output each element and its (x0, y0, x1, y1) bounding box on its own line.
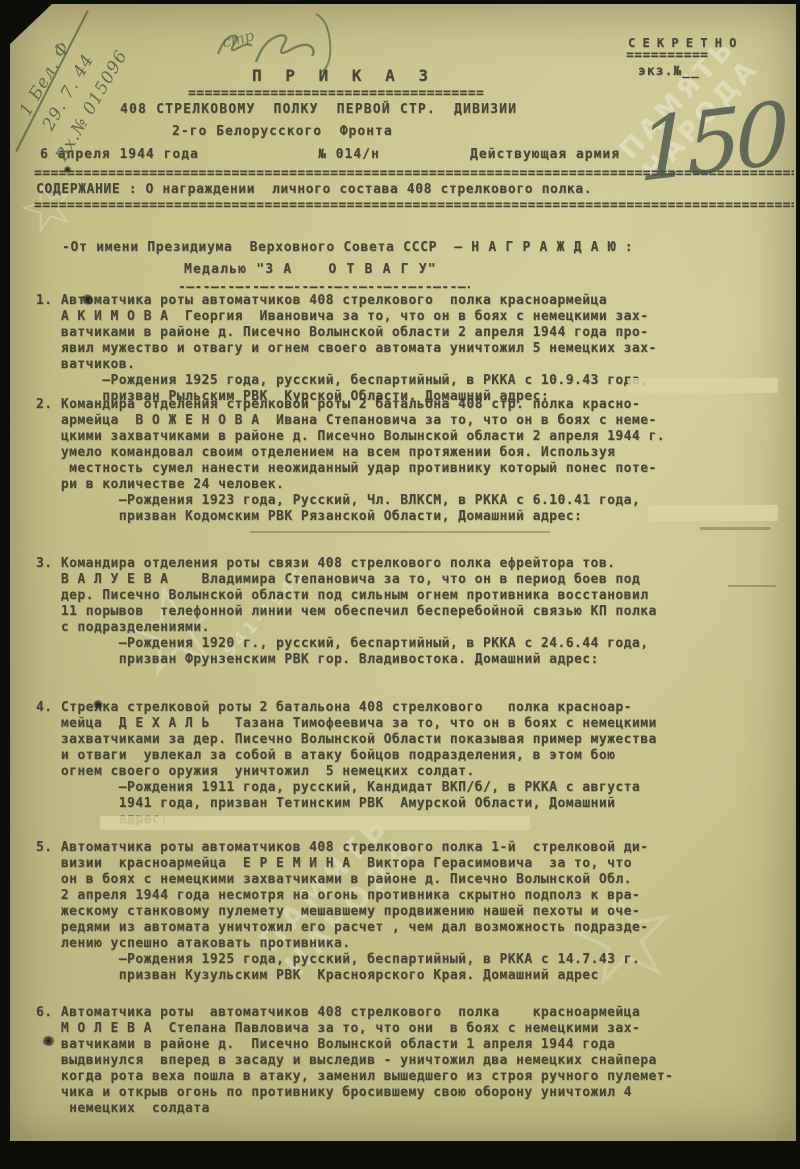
handwritten-page-number: 150 (638, 91, 785, 195)
order-title-underline: ==================================== (188, 86, 484, 101)
torn-corner (10, 4, 52, 44)
scan-smudge (250, 531, 550, 533)
ink-blot (42, 1036, 55, 1046)
medal-line: Медалью "З А О Т В А Г У" (184, 262, 437, 277)
redacted-address (100, 816, 530, 830)
scan-smudge (728, 585, 776, 587)
order-number: № 014/н (318, 147, 380, 162)
awarding-line: -От имени Президиума Верховного Совета С… (62, 240, 633, 255)
scanned-order-page: ☆ ПАМЯТЬ НАРОДА ☆ 1941-1945 ПАМЯТЬ НАРОД… (0, 0, 800, 1169)
secrecy-underline: ========== (626, 48, 738, 63)
redacted-address (628, 378, 778, 393)
ink-blot (93, 700, 103, 709)
scan-smudge (700, 527, 770, 530)
divider-rule: ========================================… (34, 198, 794, 213)
subject-line: СОДЕРЖАНИЕ : О награждении личного соста… (36, 182, 592, 197)
ink-blot (64, 166, 71, 173)
copy-number-label: экз.№__ (638, 64, 700, 79)
award-paragraph-4: 4. Стрелка стрелковой роты 2 батальона 4… (36, 700, 798, 828)
redacted-address (648, 505, 778, 521)
order-front-line: 2-го Белорусского Фронта (172, 124, 393, 139)
award-paragraph-6: 6. Автоматчика роты автоматчиков 408 стр… (36, 1005, 798, 1117)
order-addressee: 408 СТРЕЛКОВОМУ ПОЛКУ ПЕРВОЙ СТР. ДИВИЗИ… (120, 102, 517, 117)
award-paragraph-3: 3. Командира отделения роты связи 408 ст… (36, 556, 798, 668)
ink-blot (82, 294, 93, 305)
acting-army-label: Действующая армия (470, 147, 620, 162)
award-paragraph-5: 5. Автоматчика роты автоматчиков 408 стр… (36, 840, 798, 984)
